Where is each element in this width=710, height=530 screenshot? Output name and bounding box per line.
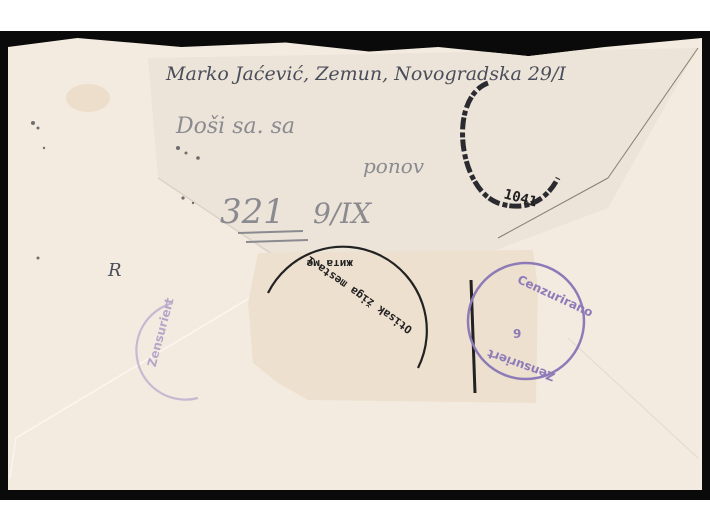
svg-text:Zensuriert: Zensuriert — [145, 296, 177, 368]
envelope-artwork: жита ме Otisak žiga mesta i 1041 Marko J… — [8, 38, 702, 490]
fold-line-bottom-right — [568, 338, 698, 458]
censor-number: 9 — [513, 327, 521, 341]
pencil-reference-number: 321 — [220, 192, 285, 232]
paper-stain — [66, 84, 110, 112]
envelope-back: жита ме Otisak žiga mesta i 1041 Marko J… — [8, 38, 702, 490]
sender-address: Marko Jaćević, Zemun, Novogradska 29/I — [165, 63, 566, 85]
pencil-note-line1: Doši sa. sa — [175, 114, 295, 139]
fold-line-bottom-left — [16, 293, 258, 438]
pencil-note-line2: ponov — [363, 154, 425, 178]
pencil-date: 9/IX — [313, 197, 372, 230]
registered-mark: R — [107, 260, 122, 281]
